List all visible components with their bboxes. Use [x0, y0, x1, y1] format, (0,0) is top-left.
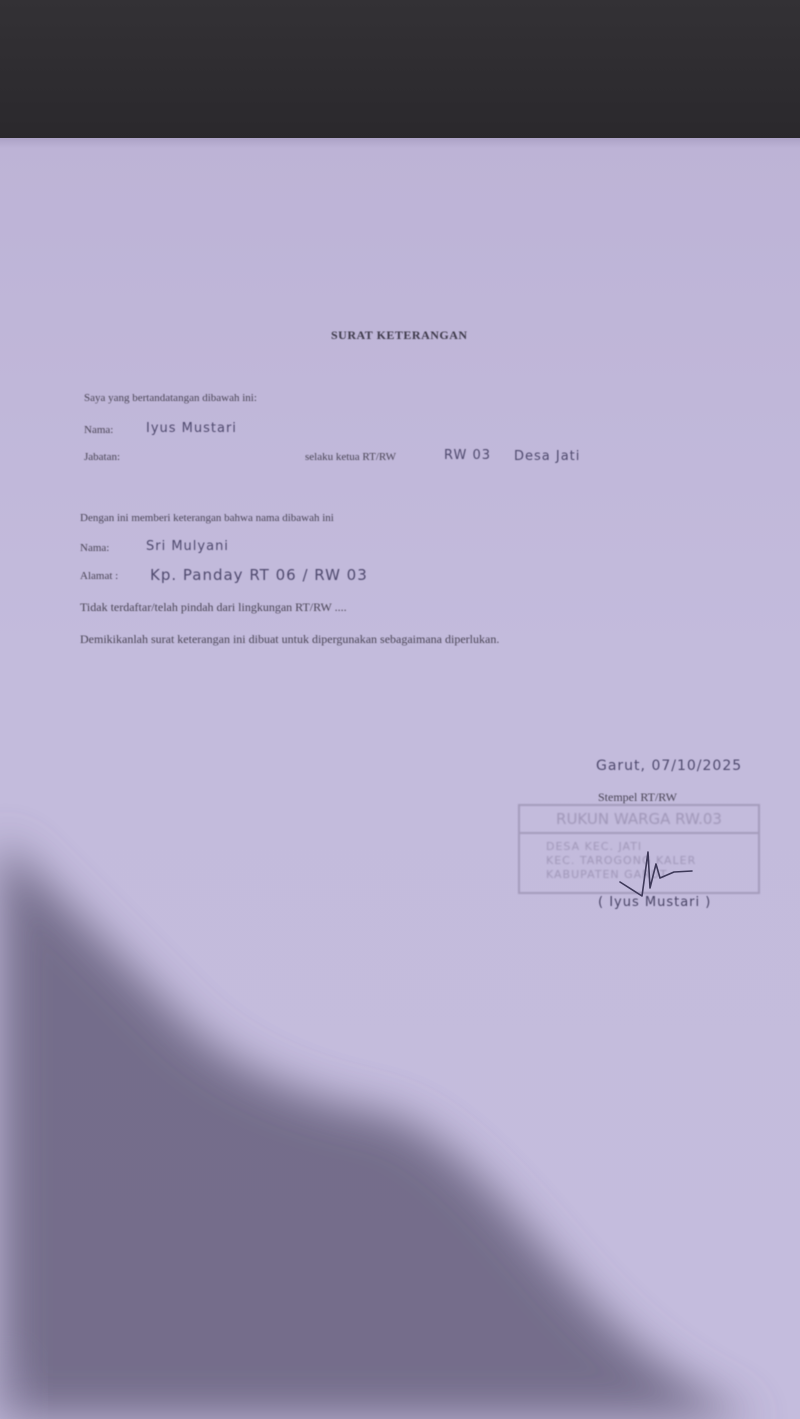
statement-text: Dengan ini memberi keterangan bahwa nama… [80, 512, 334, 524]
stamp-header: RUKUN WARGA RW.03 [520, 806, 758, 834]
document-page: SURAT KETERANGAN Saya yang bertandatanga… [0, 138, 800, 1419]
signer-village-value: Desa Jati [514, 449, 580, 464]
signer-position-text: selaku ketua RT/RW [305, 451, 396, 463]
signer-name-label: Nama: [84, 424, 113, 436]
signer-name-value: Iyus Mustari [146, 421, 237, 436]
signature-scribble [612, 838, 702, 898]
stamp-label: Stempel RT/RW [598, 790, 677, 805]
signer-position-value: RW 03 [444, 448, 491, 463]
status-line: Tidak terdaftar/telah pindah dari lingku… [80, 600, 347, 615]
subject-name-value: Sri Mulyani [146, 539, 229, 554]
subject-address-value: Kp. Panday RT 06 / RW 03 [150, 566, 368, 584]
signer-position-label: Jabatan: [84, 451, 120, 463]
dark-background [0, 0, 800, 145]
place-date: Garut, 07/10/2025 [596, 758, 742, 774]
signer-signature-name: ( Iyus Mustari ) [598, 895, 711, 910]
intro-text: Saya yang bertandatangan dibawah ini: [84, 392, 257, 404]
subject-name-label: Nama: [80, 542, 109, 554]
subject-address-label: Alamat : [80, 570, 118, 582]
paper-top-edge [0, 138, 800, 148]
closing-text: Demikikanlah surat keterangan ini dibuat… [80, 632, 499, 647]
document-title: SURAT KETERANGAN [331, 328, 468, 343]
